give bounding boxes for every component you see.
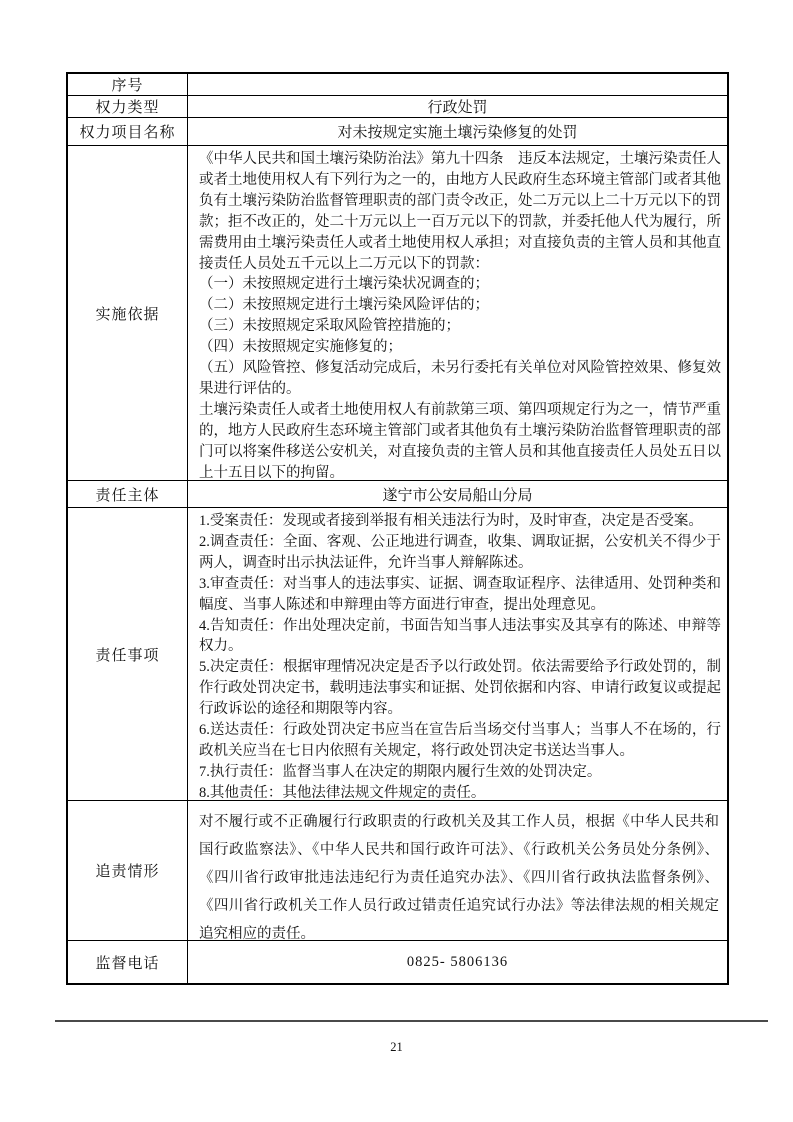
row-label-responsible-entity: 责任主体 <box>68 481 188 507</box>
duty-item-5: 5.决定责任：根据审理情况决定是否予以行政处罚。依法需要给予行政处罚的，制作行政… <box>199 657 721 720</box>
row-value-serial-number <box>188 74 727 95</box>
row-value-responsibility-items: 1.受案责任：发现或者接到举报有相关违法行为时，及时审查，决定是否受案。 2.调… <box>188 508 727 800</box>
duty-item-3: 3.审查责任：对当事人的违法事实、证据、调查取证程序、法律适用、处罚种类和幅度、… <box>199 574 721 616</box>
table-row-supervision-phone: 监督电话 0825- 5806136 <box>68 940 727 983</box>
table-row-power-type: 权力类型 行政处罚 <box>68 95 727 117</box>
basis-closing-paragraph: 土壤污染责任人或者土地使用权人有前款第三项、第四项规定行为之一，情节严重的，地方… <box>199 400 721 484</box>
accountability-paragraph: 对不履行或不正确履行行政职责的行政机关及其工作人员，根据《中华人民共和国行政监察… <box>199 808 719 948</box>
basis-item-1: （一）未按照规定进行土壤污染状况调查的； <box>199 274 721 295</box>
table-row-implementation-basis: 实施依据 《中华人民共和国土壤污染防治法》第九十四条 违反本法规定，土壤污染责任… <box>68 145 727 480</box>
row-label-accountability: 追责情形 <box>68 801 188 940</box>
row-value-supervision-phone: 0825- 5806136 <box>188 941 727 983</box>
table-row-responsible-entity: 责任主体 遂宁市公安局船山分局 <box>68 480 727 507</box>
page-number: 21 <box>0 1040 793 1055</box>
row-label-supervision-phone: 监督电话 <box>68 941 188 983</box>
duty-item-4: 4.告知责任：作出处理决定前，书面告知当事人违法事实及其享有的陈述、申辩等权力。 <box>199 616 721 658</box>
row-label-power-type: 权力类型 <box>68 96 188 117</box>
basis-item-2: （二）未按照规定进行土壤污染风险评估的； <box>199 295 721 316</box>
basis-item-4: （四）未按照规定实施修复的； <box>199 337 721 358</box>
duty-item-2: 2.调查责任：全面、客观、公正地进行调查，收集、调取证据，公安机关不得少于两人，… <box>199 532 721 574</box>
row-value-power-item-name: 对未按规定实施土壤污染修复的处罚 <box>188 118 727 145</box>
power-item-table: 序号 权力类型 行政处罚 权力项目名称 对未按规定实施土壤污染修复的处罚 实施依… <box>66 72 729 985</box>
basis-item-3: （三）未按照规定采取风险管控措施的； <box>199 316 721 337</box>
row-label-serial-number: 序号 <box>68 74 188 95</box>
row-label-implementation-basis: 实施依据 <box>68 146 188 480</box>
table-row-serial-number: 序号 <box>68 74 727 95</box>
row-value-responsible-entity: 遂宁市公安局船山分局 <box>188 481 727 507</box>
row-label-responsibility-items: 责任事项 <box>68 508 188 800</box>
table-row-responsibility-items: 责任事项 1.受案责任：发现或者接到举报有相关违法行为时，及时审查，决定是否受案… <box>68 507 727 800</box>
duty-item-7: 7.执行责任：监督当事人在决定的期限内履行生效的处罚决定。 <box>199 762 721 783</box>
row-value-accountability: 对不履行或不正确履行行政职责的行政机关及其工作人员，根据《中华人民共和国行政监察… <box>188 801 727 940</box>
duty-item-1: 1.受案责任：发现或者接到举报有相关违法行为时，及时审查，决定是否受案。 <box>199 511 721 532</box>
basis-item-5: （五）风险管控、修复活动完成后，未另行委托有关单位对风险管控效果、修复效果进行评… <box>199 358 721 400</box>
table-row-accountability: 追责情形 对不履行或不正确履行行政职责的行政机关及其工作人员，根据《中华人民共和… <box>68 800 727 940</box>
document-page: 序号 权力类型 行政处罚 权力项目名称 对未按规定实施土壤污染修复的处罚 实施依… <box>0 0 793 1122</box>
row-value-implementation-basis: 《中华人民共和国土壤污染防治法》第九十四条 违反本法规定，土壤污染责任人或者土地… <box>188 146 727 480</box>
table-row-power-item-name: 权力项目名称 对未按规定实施土壤污染修复的处罚 <box>68 117 727 145</box>
footer-divider <box>55 1020 768 1022</box>
duty-item-6: 6.送达责任：行政处罚决定书应当在宣告后当场交付当事人；当事人不在场的，行政机关… <box>199 720 721 762</box>
row-value-power-type: 行政处罚 <box>188 96 727 117</box>
row-label-power-item-name: 权力项目名称 <box>68 118 188 145</box>
basis-paragraph: 《中华人民共和国土壤污染防治法》第九十四条 违反本法规定，土壤污染责任人或者土地… <box>199 149 721 274</box>
